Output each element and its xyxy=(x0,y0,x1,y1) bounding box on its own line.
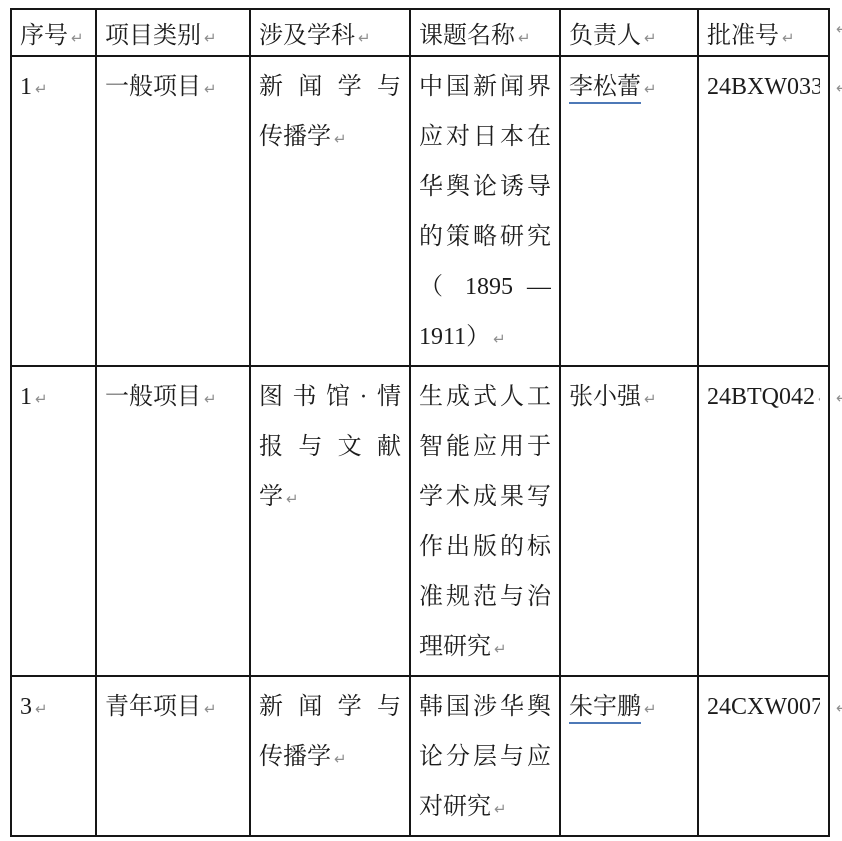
cell-leader: 张小强↵ xyxy=(560,366,698,676)
header-row: 序号↵项目类别↵涉及学科↵课题名称↵负责人↵批准号↵ xyxy=(11,9,829,56)
column-label: 涉及学科 xyxy=(259,23,355,49)
person-link[interactable]: 朱宇鹏 xyxy=(569,694,641,724)
cell-discipline: 图书馆·情报与文献学↵ xyxy=(250,366,410,676)
cell-line: 青年项目↵ xyxy=(105,682,241,732)
paragraph-mark-icon: ↵ xyxy=(493,330,506,348)
cell-line: 李松蕾↵ xyxy=(569,62,689,112)
cell-title: 韩国涉华舆论分层与应对研究↵ xyxy=(410,676,560,836)
cell-title: 生成式人工智能应用于学术成果写作出版的标准规范与治理研究↵ xyxy=(410,366,560,676)
paragraph-mark-icon: ↵ xyxy=(286,490,299,508)
cell-line: 图书馆·情 xyxy=(259,372,401,422)
row-end-paragraph-mark-icon: ↵ xyxy=(836,81,842,96)
cell-line: 对研究↵ xyxy=(419,782,551,832)
person-link[interactable]: 李松蕾 xyxy=(569,74,641,104)
cell-approval: 24BXW033↵ xyxy=(698,56,829,366)
cell-line: 中国新闻界 xyxy=(419,62,551,112)
column-header-title: 课题名称↵ xyxy=(410,9,560,56)
row-end-paragraph-mark-icon: ↵ xyxy=(836,701,842,716)
cell-index: 3↵ xyxy=(11,676,96,836)
table-row: 3↵青年项目↵新闻学与传播学↵韩国涉华舆论分层与应对研究↵朱宇鹏↵24CXW00… xyxy=(11,676,829,836)
cell-line: 准规范与治 xyxy=(419,572,551,622)
cell-line: 论分层与应 xyxy=(419,732,551,782)
column-label: 项目类别 xyxy=(105,23,201,49)
paragraph-mark-icon: ↵ xyxy=(334,130,347,148)
cell-line: 一般项目↵ xyxy=(105,372,241,422)
cell-line: 24BTQ042↵ xyxy=(707,372,820,422)
paragraph-mark-icon: ↵ xyxy=(71,29,84,47)
cell-line: 报与文献 xyxy=(259,422,401,472)
cell-discipline: 新闻学与传播学↵ xyxy=(250,676,410,836)
row-end-paragraph-mark-icon: ↵ xyxy=(836,22,842,37)
cell-category: 一般项目↵ xyxy=(96,366,250,676)
table-body: 1↵一般项目↵新闻学与传播学↵中国新闻界应对日本在华舆论诱导的策略研究（ 189… xyxy=(11,56,829,836)
paragraph-mark-icon: ↵ xyxy=(35,700,48,718)
cell-leader: 朱宇鹏↵ xyxy=(560,676,698,836)
cell-line: 学术成果写 xyxy=(419,472,551,522)
cell-line: 1↵ xyxy=(20,372,87,422)
cell-line: 1911）↵ xyxy=(419,312,551,362)
cell-line: 一般项目↵ xyxy=(105,62,241,112)
cell-line: 朱宇鹏↵ xyxy=(569,682,689,732)
paragraph-mark-icon: ↵ xyxy=(35,390,48,408)
paragraph-mark-icon: ↵ xyxy=(358,29,371,47)
cell-line: 新闻学与 xyxy=(259,62,401,112)
paragraph-mark-icon: ↵ xyxy=(204,29,217,47)
cell-line: 3↵ xyxy=(20,682,87,732)
cell-line: 理研究↵ xyxy=(419,622,551,672)
paragraph-mark-icon: ↵ xyxy=(204,700,217,718)
cell-line: 智能应用于 xyxy=(419,422,551,472)
row-end-paragraph-mark-icon: ↵ xyxy=(836,391,842,406)
cell-line: 1↵ xyxy=(20,62,87,112)
cell-title: 中国新闻界应对日本在华舆论诱导的策略研究（ 1895 —1911）↵ xyxy=(410,56,560,366)
cell-line: 的策略研究 xyxy=(419,212,551,262)
paragraph-mark-icon: ↵ xyxy=(644,29,657,47)
cell-approval: 24CXW007↵ xyxy=(698,676,829,836)
cell-line: 24BXW033↵ xyxy=(707,62,820,112)
column-header-index: 序号↵ xyxy=(11,9,96,56)
table-header: 序号↵项目类别↵涉及学科↵课题名称↵负责人↵批准号↵ xyxy=(11,9,829,56)
cell-line: 24CXW007↵ xyxy=(707,682,820,732)
cell-line: （ 1895 — xyxy=(419,262,551,312)
cell-line: 张小强↵ xyxy=(569,372,689,422)
cell-leader: 李松蕾↵ xyxy=(560,56,698,366)
paragraph-mark-icon: ↵ xyxy=(644,700,657,718)
cell-line: 新闻学与 xyxy=(259,682,401,732)
paragraph-mark-icon: ↵ xyxy=(494,640,507,658)
paragraph-mark-icon: ↵ xyxy=(818,390,820,408)
cell-line: 传播学↵ xyxy=(259,732,401,782)
projects-table: 序号↵项目类别↵涉及学科↵课题名称↵负责人↵批准号↵ 1↵一般项目↵新闻学与传播… xyxy=(10,8,830,837)
cell-line: 学↵ xyxy=(259,472,401,522)
paragraph-mark-icon: ↵ xyxy=(35,80,48,98)
cell-index: 1↵ xyxy=(11,56,96,366)
column-label: 课题名称 xyxy=(419,23,515,49)
cell-approval: 24BTQ042↵ xyxy=(698,366,829,676)
cell-line: 应对日本在 xyxy=(419,112,551,162)
column-label: 负责人 xyxy=(569,23,641,49)
cell-line: 生成式人工 xyxy=(419,372,551,422)
cell-discipline: 新闻学与传播学↵ xyxy=(250,56,410,366)
paragraph-mark-icon: ↵ xyxy=(334,750,347,768)
cell-category: 青年项目↵ xyxy=(96,676,250,836)
cell-line: 华舆论诱导 xyxy=(419,162,551,212)
paragraph-mark-icon: ↵ xyxy=(204,80,217,98)
paragraph-mark-icon: ↵ xyxy=(494,800,507,818)
table-row: 1↵一般项目↵图书馆·情报与文献学↵生成式人工智能应用于学术成果写作出版的标准规… xyxy=(11,366,829,676)
table-row: 1↵一般项目↵新闻学与传播学↵中国新闻界应对日本在华舆论诱导的策略研究（ 189… xyxy=(11,56,829,366)
column-header-approval: 批准号↵ xyxy=(698,9,829,56)
paragraph-mark-icon: ↵ xyxy=(644,80,657,98)
cell-line: 传播学↵ xyxy=(259,112,401,162)
paragraph-mark-icon: ↵ xyxy=(644,390,657,408)
paragraph-mark-icon: ↵ xyxy=(782,29,795,47)
column-label: 序号 xyxy=(20,23,68,49)
cell-category: 一般项目↵ xyxy=(96,56,250,366)
column-label: 批准号 xyxy=(707,23,779,49)
cell-index: 1↵ xyxy=(11,366,96,676)
column-header-leader: 负责人↵ xyxy=(560,9,698,56)
paragraph-mark-icon: ↵ xyxy=(518,29,531,47)
column-header-discipline: 涉及学科↵ xyxy=(250,9,410,56)
document-page: 序号↵项目类别↵涉及学科↵课题名称↵负责人↵批准号↵ 1↵一般项目↵新闻学与传播… xyxy=(0,0,842,841)
column-header-category: 项目类别↵ xyxy=(96,9,250,56)
cell-line: 作出版的标 xyxy=(419,522,551,572)
cell-line: 韩国涉华舆 xyxy=(419,682,551,732)
paragraph-mark-icon: ↵ xyxy=(204,390,217,408)
